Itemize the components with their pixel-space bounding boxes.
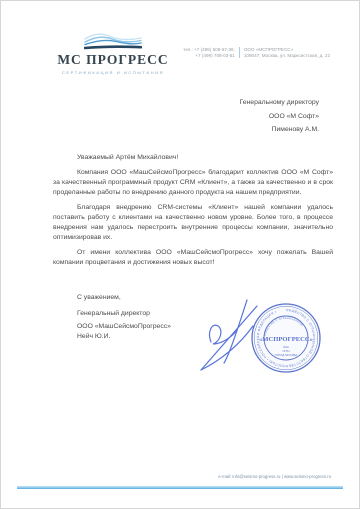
waves-logo-icon	[84, 32, 142, 50]
signoff-company: ООО «МашСейсмоПрогресс»	[77, 322, 171, 332]
phone-line-1: тел.: +7 (495) 508-67-36,	[183, 47, 235, 53]
signoff-name: Нейч Ю.И.	[77, 332, 171, 342]
recipient-block: Генеральному директору ООО «М Софт» Пиме…	[240, 96, 319, 137]
stamp-center-text: «МСПРОГРЕСС»	[259, 336, 313, 343]
signoff-closing: С уважением,	[77, 293, 171, 303]
header-contact-block: тел.: +7 (495) 508-67-36, +7 (499) 708-0…	[183, 47, 330, 58]
letter-page: МС ПРОГРЕСС СЕРТИФИКАЦИЯ И ИСПЫТАНИЯ тел…	[0, 0, 360, 509]
paragraph: От имени коллектива ООО «МашСейсмоПрогре…	[53, 248, 333, 268]
contact-phones: тел.: +7 (495) 508-67-36, +7 (499) 708-0…	[183, 47, 239, 58]
recipient-line: Генеральному директору	[240, 96, 319, 110]
company-logo: МС ПРОГРЕСС СЕРТИФИКАЦИЯ И ИСПЫТАНИЯ	[56, 32, 170, 75]
salutation: Уважаемый Артём Михайлович!	[53, 153, 333, 163]
stamp-sub-line: ГОРОД МОСКВА	[275, 353, 298, 357]
signoff-position: Генеральный директор	[77, 309, 171, 319]
logo-tagline: СЕРТИФИКАЦИЯ И ИСПЫТАНИЯ	[56, 70, 170, 75]
footer-accent-line	[17, 486, 343, 489]
phone-line-2: +7 (499) 708-03-51	[183, 53, 235, 59]
recipient-line: Пименову А.М.	[240, 123, 319, 137]
letter-body: Уважаемый Артём Михайлович! Компания ООО…	[53, 153, 333, 273]
company-stamp-icon: ОБЩЕСТВО С ОГРАНИЧЕННОЙ ОТВЕТСТВЕННОСТЬЮ…	[249, 301, 323, 375]
paragraph: Благодаря внедрению CRM-системы «Клиент»…	[53, 203, 333, 243]
contact-address: 109047, Москва, ул. Марксистская, д. 22	[244, 53, 330, 59]
footer-contacts: e-mail: info@seismo-progress.ru | www.se…	[218, 474, 331, 479]
paragraph: Компания ООО «МашСейсмоПрогресс» благода…	[53, 168, 333, 198]
recipient-line: ООО «М Софт»	[240, 110, 319, 124]
signoff-block: С уважением, Генеральный директор ООО «М…	[77, 293, 171, 342]
logo-company-name: МС ПРОГРЕСС	[56, 52, 170, 68]
stamp-sub-line: ИНН	[283, 345, 289, 349]
contact-org: ООО «МСПРОГРЕСС» 109047, Москва, ул. Мар…	[240, 47, 330, 58]
